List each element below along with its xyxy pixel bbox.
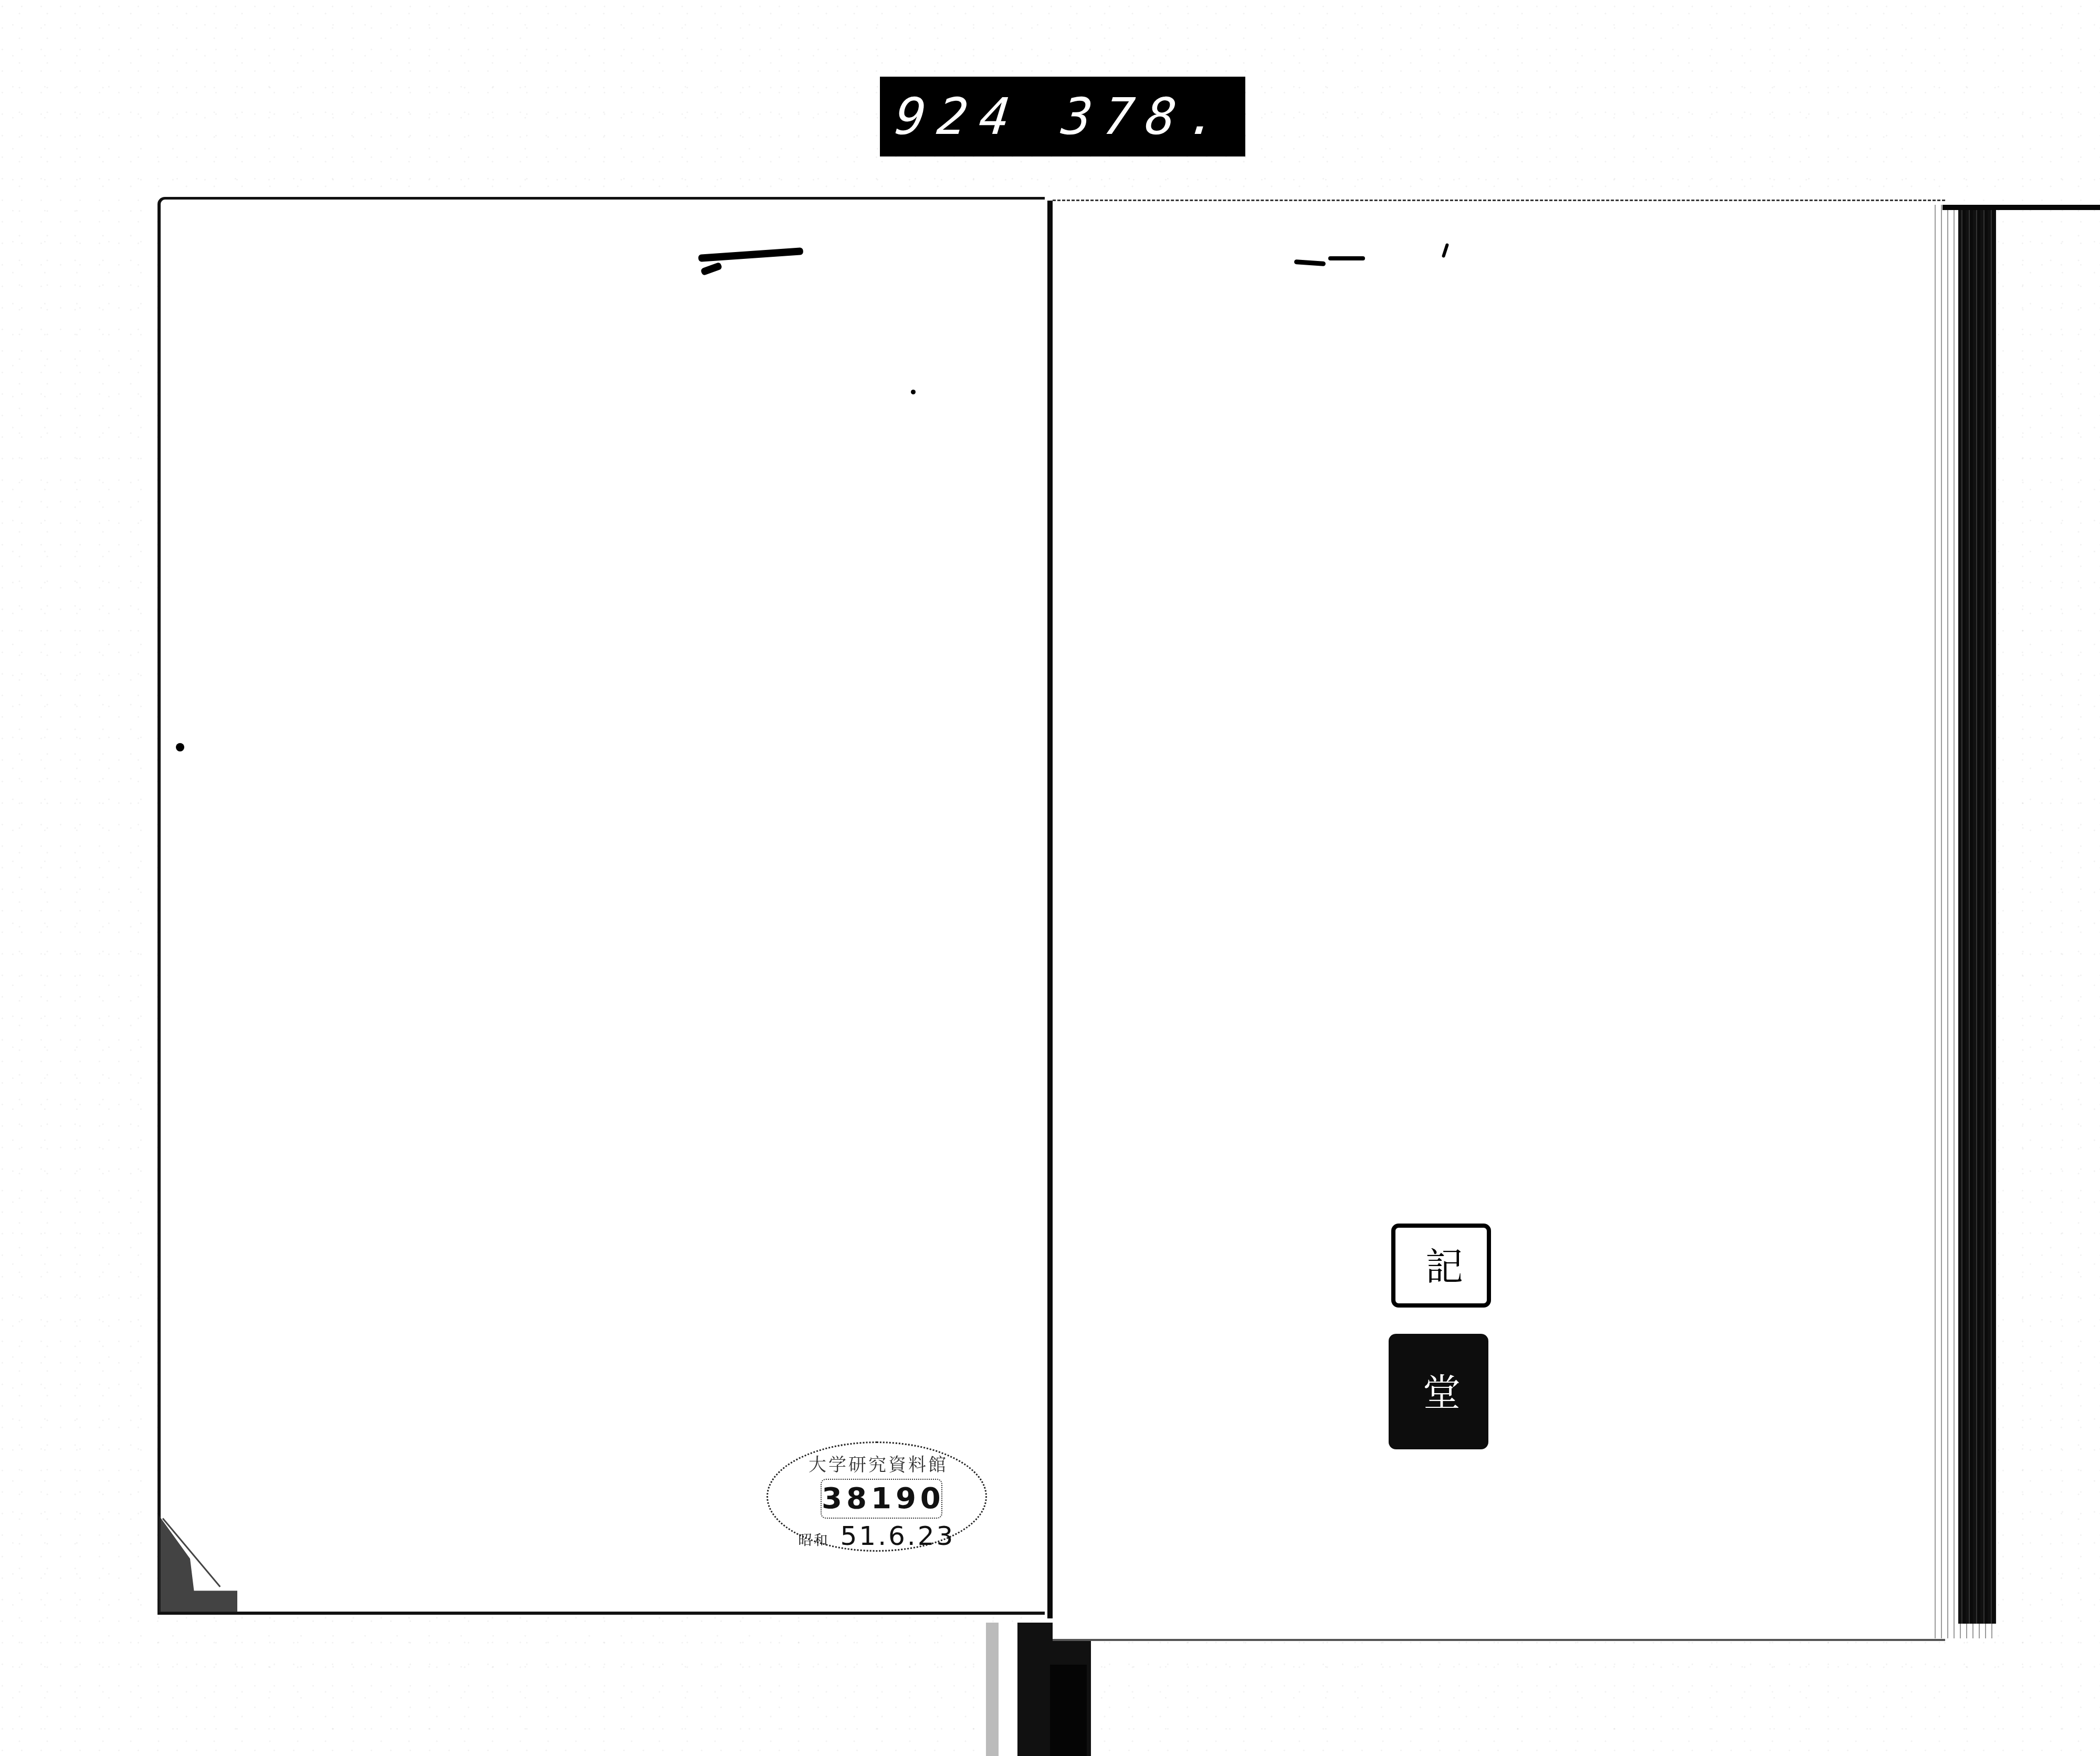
stamp-date-prefix: 昭和 — [799, 1533, 830, 1549]
ink-dot — [176, 743, 184, 751]
back-cover-edge — [1958, 206, 1996, 1624]
ink-dot — [911, 390, 916, 394]
left-page — [157, 197, 1045, 1615]
book-gutter — [1047, 201, 1053, 1618]
spine-bottom-step — [1050, 1665, 1087, 1756]
back-cover-top-edge — [1942, 205, 2100, 210]
call-item-number: 378. — [1059, 87, 1233, 146]
stamp-date-value: 51.6.23 — [841, 1521, 955, 1551]
stamp-institution: 大学研究資料館 — [800, 1450, 957, 1476]
pencil-mark-right — [1328, 256, 1365, 260]
ownership-seal-relief: 記​ — [1391, 1224, 1491, 1308]
stamp-accession-number: 38190 — [821, 1479, 942, 1519]
call-number-label: 924 378. — [880, 77, 1245, 156]
stamp-date: 昭和 51.6.23 — [768, 1521, 985, 1551]
ownership-seal-intaglio: 堂 — [1389, 1334, 1488, 1449]
seal-glyphs: 記​ — [1422, 1247, 1460, 1284]
library-accession-stamp: 大学研究資料館 38190 昭和 51.6.23 — [766, 1441, 987, 1552]
seal-glyphs: 堂 — [1420, 1373, 1457, 1410]
call-class-number: 924 — [892, 87, 1024, 146]
right-page — [1053, 200, 1945, 1641]
